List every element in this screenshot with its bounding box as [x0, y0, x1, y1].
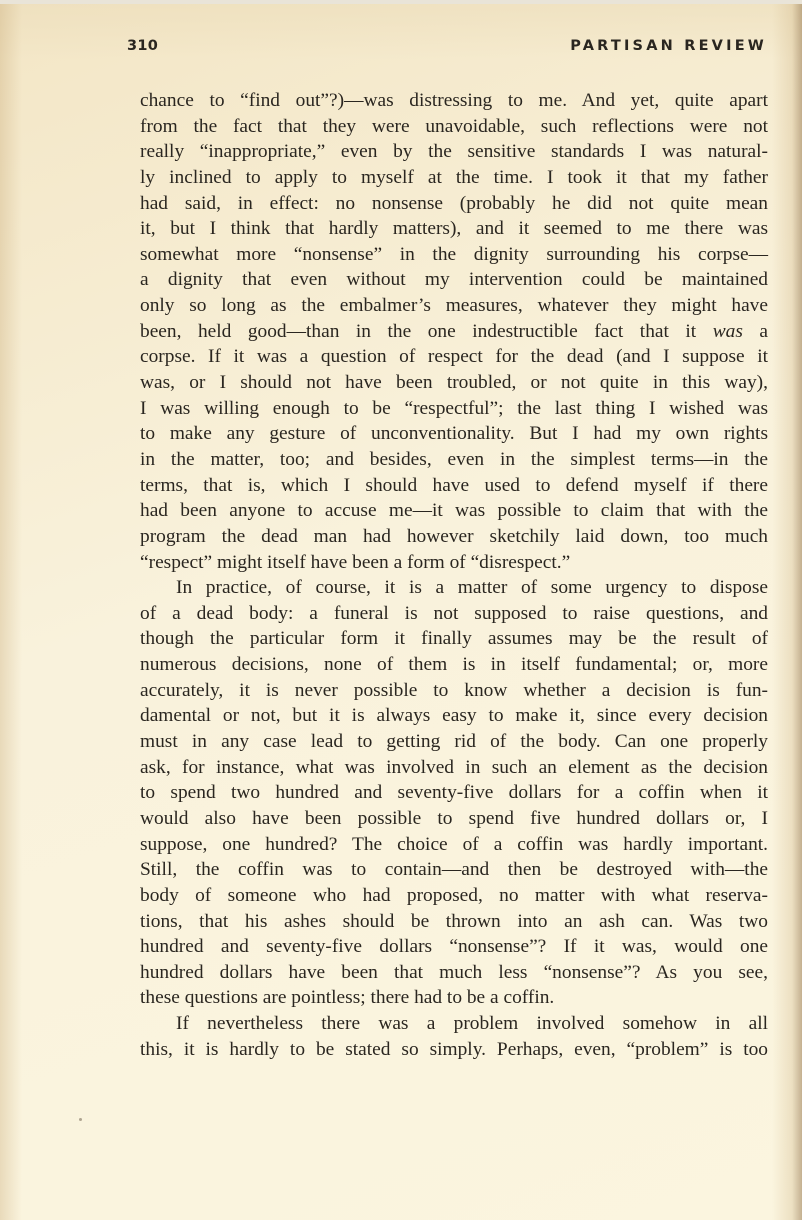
text-line: had said, in effect: no nonsense (probab… — [140, 191, 768, 217]
text-line: to spend two hundred and seventy-five do… — [140, 780, 768, 806]
text-line: suppose, one hundred? The choice of a co… — [140, 832, 768, 858]
text-line: accurately, it is never possible to know… — [140, 678, 768, 704]
text-line: tions, that his ashes should be thrown i… — [140, 909, 768, 935]
scanned-page: 310 PARTISAN REVIEW chance to “find out”… — [0, 0, 802, 1220]
text-line: really “inappropriate,” even by the sens… — [140, 139, 768, 165]
text-line: program the dead man had however sketchi… — [140, 524, 768, 550]
text-line-with-italic: been, held good—than in the one indestru… — [140, 319, 768, 345]
text-line: must in any case lead to getting rid of … — [140, 729, 768, 755]
body-text: chance to “find out”?)—was distressing t… — [140, 88, 768, 1062]
paragraph-start-line: If nevertheless there was a problem invo… — [140, 1011, 768, 1037]
italic-word: was — [713, 321, 743, 342]
text-line: numerous decisions, none of them is in i… — [140, 652, 768, 678]
text-line: from the fact that they were unavoidable… — [140, 114, 768, 140]
journal-title: PARTISAN REVIEW — [570, 38, 767, 54]
text-line: would also have been possible to spend f… — [140, 806, 768, 832]
paragraph-end-line: “respect” might itself have been a form … — [140, 550, 768, 576]
text-line: this, it is hardly to be stated so simpl… — [140, 1037, 768, 1063]
text-line: ly inclined to apply to myself at the ti… — [140, 165, 768, 191]
text-line: though the particular form it finally as… — [140, 626, 768, 652]
page-number: 310 — [127, 38, 158, 54]
text-line: body of someone who had proposed, no mat… — [140, 883, 768, 909]
text-line: it, but I think that hardly matters), an… — [140, 216, 768, 242]
line-text: been, held good—than in the one indestru… — [140, 321, 696, 342]
text-line: hundred dollars have been that much less… — [140, 960, 768, 986]
text-line: ask, for instance, what was involved in … — [140, 755, 768, 781]
paragraph-start-line: In practice, of course, it is a matter o… — [140, 575, 768, 601]
scan-edge — [0, 0, 802, 4]
text-line: only so long as the embalmer’s measures,… — [140, 293, 768, 319]
text-line: had been anyone to accuse me—it was poss… — [140, 498, 768, 524]
text-line: I was willing enough to be “respectful”;… — [140, 396, 768, 422]
text-line: chance to “find out”?)—was distressing t… — [140, 88, 768, 114]
text-line: somewhat more “nonsense” in the dignity … — [140, 242, 768, 268]
text-line: to make any gesture of unconventionality… — [140, 421, 768, 447]
text-line: corpse. If it was a question of respect … — [140, 344, 768, 370]
text-line: was, or I should not have been troubled,… — [140, 370, 768, 396]
paragraph-end-line: these questions are pointless; there had… — [140, 985, 768, 1011]
text-line: damental or not, but it is always easy t… — [140, 703, 768, 729]
text-line: hundred and seventy-five dollars “nonsen… — [140, 934, 768, 960]
text-line: of a dead body: a funeral is not suppose… — [140, 601, 768, 627]
line-tail: a — [759, 321, 768, 342]
scan-speck — [79, 1118, 82, 1121]
text-line: terms, that is, which I should have used… — [140, 473, 768, 499]
text-line: Still, the coffin was to contain—and the… — [140, 857, 768, 883]
text-line: in the matter, too; and besides, even in… — [140, 447, 768, 473]
running-head: 310 PARTISAN REVIEW — [127, 38, 767, 60]
text-line: a dignity that even without my intervent… — [140, 267, 768, 293]
